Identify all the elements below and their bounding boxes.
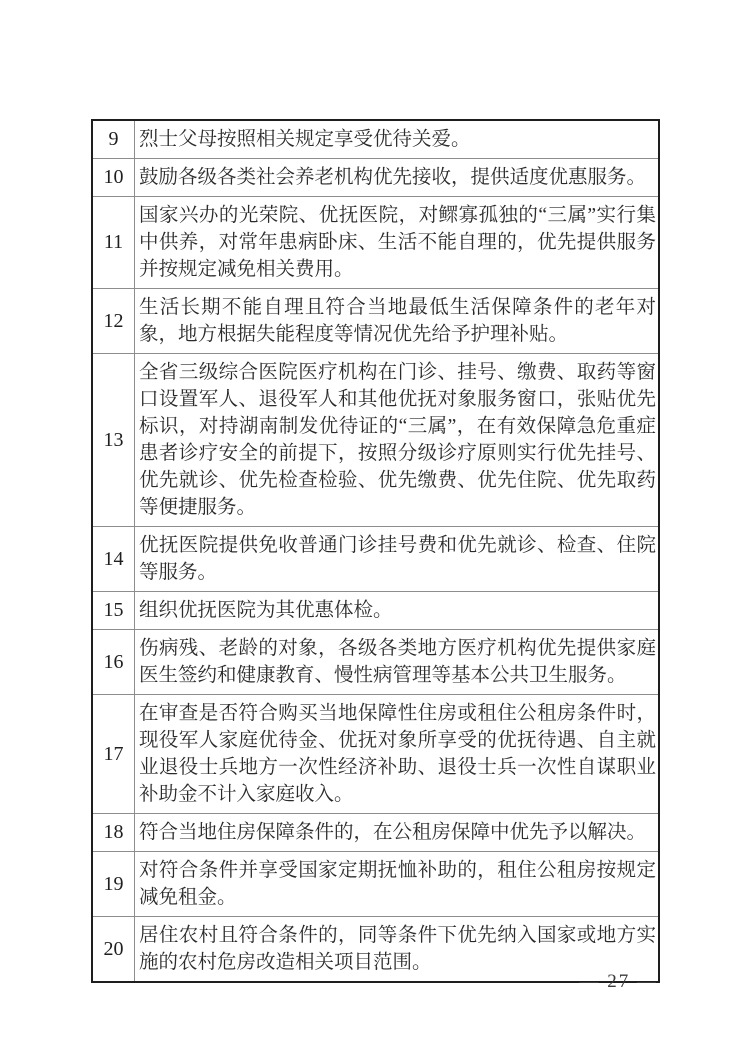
benefits-table: 9烈士父母按照相关规定享受优待关爱。10鼓励各级各类社会养老机构优先接收，提供适… bbox=[91, 119, 660, 983]
row-text: 全省三级综合医院医疗机构在门诊、挂号、缴费、取药等窗口设置军人、退役军人和其他优… bbox=[135, 354, 660, 527]
table-row: 13全省三级综合医院医疗机构在门诊、挂号、缴费、取药等窗口设置军人、退役军人和其… bbox=[92, 354, 659, 527]
table-row: 16伤病残、老龄的对象，各级各类地方医疗机构优先提供家庭医生签约和健康教育、慢性… bbox=[92, 630, 659, 695]
row-text: 在审查是否符合购买当地保障性住房或租住公租房条件时，现役军人家庭优待金、优抚对象… bbox=[135, 695, 660, 814]
page-number: — 27 — bbox=[580, 971, 659, 993]
table-row: 9烈士父母按照相关规定享受优待关爱。 bbox=[92, 120, 659, 159]
table-row: 17在审查是否符合购买当地保障性住房或租住公租房条件时，现役军人家庭优待金、优抚… bbox=[92, 695, 659, 814]
table-row: 14优抚医院提供免收普通门诊挂号费和优先就诊、检查、住院等服务。 bbox=[92, 527, 659, 592]
row-number: 14 bbox=[92, 527, 135, 592]
table-row: 12生活长期不能自理且符合当地最低生活保障条件的老年对象，地方根据失能程度等情况… bbox=[92, 289, 659, 354]
table-row: 15组织优抚医院为其优惠体检。 bbox=[92, 592, 659, 630]
row-text: 国家兴办的光荣院、优抚医院，对鳏寡孤独的“三属”实行集中供养，对常年患病卧床、生… bbox=[135, 197, 660, 289]
row-text: 优抚医院提供免收普通门诊挂号费和优先就诊、检查、住院等服务。 bbox=[135, 527, 660, 592]
row-text: 组织优抚医院为其优惠体检。 bbox=[135, 592, 660, 630]
row-text: 生活长期不能自理且符合当地最低生活保障条件的老年对象，地方根据失能程度等情况优先… bbox=[135, 289, 660, 354]
row-text: 对符合条件并享受国家定期抚恤补助的，租住公租房按规定减免租金。 bbox=[135, 852, 660, 917]
table-body: 9烈士父母按照相关规定享受优待关爱。10鼓励各级各类社会养老机构优先接收，提供适… bbox=[92, 120, 659, 982]
document-page: 9烈士父母按照相关规定享受优待关爱。10鼓励各级各类社会养老机构优先接收，提供适… bbox=[0, 0, 750, 1060]
row-text: 符合当地住房保障条件的，在公租房保障中优先予以解决。 bbox=[135, 814, 660, 852]
row-number: 12 bbox=[92, 289, 135, 354]
row-number: 20 bbox=[92, 917, 135, 983]
row-number: 10 bbox=[92, 159, 135, 197]
row-number: 15 bbox=[92, 592, 135, 630]
row-number: 9 bbox=[92, 120, 135, 159]
table-row: 11国家兴办的光荣院、优抚医院，对鳏寡孤独的“三属”实行集中供养，对常年患病卧床… bbox=[92, 197, 659, 289]
row-text: 伤病残、老龄的对象，各级各类地方医疗机构优先提供家庭医生签约和健康教育、慢性病管… bbox=[135, 630, 660, 695]
row-text: 鼓励各级各类社会养老机构优先接收，提供适度优惠服务。 bbox=[135, 159, 660, 197]
benefits-table-container: 9烈士父母按照相关规定享受优待关爱。10鼓励各级各类社会养老机构优先接收，提供适… bbox=[91, 119, 660, 983]
table-row: 20居住农村且符合条件的，同等条件下优先纳入国家或地方实施的农村危房改造相关项目… bbox=[92, 917, 659, 983]
row-number: 13 bbox=[92, 354, 135, 527]
row-number: 19 bbox=[92, 852, 135, 917]
table-row: 10鼓励各级各类社会养老机构优先接收，提供适度优惠服务。 bbox=[92, 159, 659, 197]
row-number: 18 bbox=[92, 814, 135, 852]
row-number: 17 bbox=[92, 695, 135, 814]
table-row: 18符合当地住房保障条件的，在公租房保障中优先予以解决。 bbox=[92, 814, 659, 852]
row-number: 11 bbox=[92, 197, 135, 289]
table-row: 19对符合条件并享受国家定期抚恤补助的，租住公租房按规定减免租金。 bbox=[92, 852, 659, 917]
row-text: 烈士父母按照相关规定享受优待关爱。 bbox=[135, 120, 660, 159]
row-number: 16 bbox=[92, 630, 135, 695]
